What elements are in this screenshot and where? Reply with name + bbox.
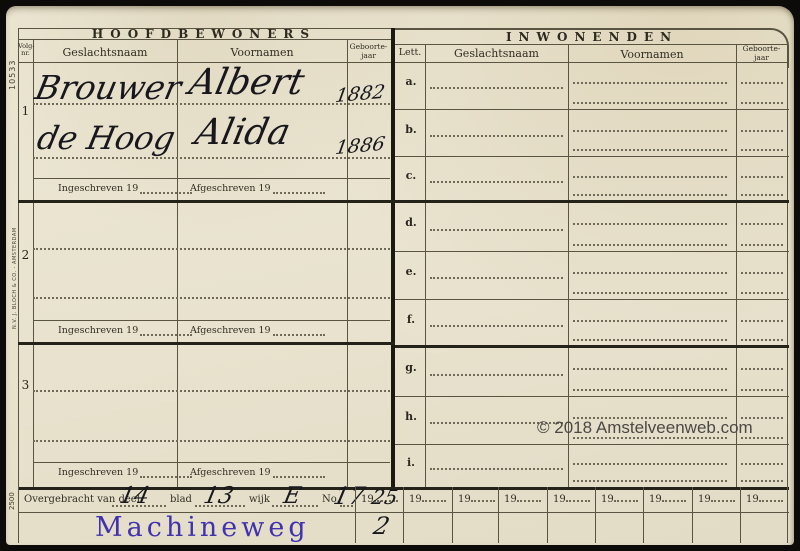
register-card: 10533 N.V. J. BLOCH & CO. - AMSTERDAM 25… bbox=[6, 6, 794, 545]
grid-hline bbox=[18, 39, 391, 40]
grid-hline bbox=[18, 28, 391, 29]
dotted-fill bbox=[273, 467, 325, 478]
section-1: 1 Brouwer Albert 1882 de Hoog Alida 1886… bbox=[18, 62, 395, 203]
surname-handwritten: de Hoog bbox=[34, 119, 179, 157]
year-cell bbox=[692, 512, 740, 543]
section-2: 2 Ingeschreven 19 Afgeschreven 19 bbox=[18, 203, 395, 345]
firstname-handwritten: Alida bbox=[192, 112, 294, 153]
afgeschreven-text: Afgeschreven 19 bbox=[190, 183, 271, 194]
ruled-dotted-line bbox=[33, 390, 390, 392]
year-cell bbox=[547, 512, 595, 543]
year-prefix: 19 bbox=[698, 494, 711, 505]
inwonenden-row-d: d. bbox=[395, 203, 789, 252]
dotted-fill bbox=[759, 492, 783, 502]
blad-handwritten: 13 bbox=[201, 483, 236, 509]
col-header-voornamen: Voornamen bbox=[177, 46, 347, 59]
year-prefix: 19 bbox=[409, 494, 422, 505]
section-3: 3 Ingeschreven 19 Afgeschreven 19 bbox=[18, 345, 395, 487]
ruled-dotted-line bbox=[741, 149, 783, 151]
year-cell bbox=[498, 512, 547, 543]
ingeschreven-text: Ingeschreven 19 bbox=[58, 183, 138, 194]
firstname-handwritten: Albert bbox=[186, 62, 308, 103]
ruled-dotted-line bbox=[430, 374, 563, 376]
year-cell: 19 bbox=[643, 487, 692, 512]
ruled-dotted-line bbox=[573, 272, 727, 274]
col-header-geboortejaar-inw: Geboorte-jaar bbox=[736, 45, 787, 62]
dotted-fill bbox=[711, 492, 735, 502]
year-prefix: 19 bbox=[746, 494, 759, 505]
year-cell bbox=[595, 512, 643, 543]
col-header-geboortejaar: Geboorte-jaar bbox=[347, 43, 390, 60]
ruled-dotted-line bbox=[573, 82, 727, 84]
street-stamp: Machineweg bbox=[95, 512, 310, 543]
col-header-geslachtsnaam: Geslachtsnaam bbox=[33, 46, 177, 59]
year-cell bbox=[740, 512, 789, 543]
photo-frame: 10533 N.V. J. BLOCH & CO. - AMSTERDAM 25… bbox=[0, 0, 800, 551]
birthyear-handwritten: 1882 bbox=[334, 81, 387, 107]
year-cell: 19 bbox=[403, 487, 452, 512]
afgeschreven-label: Afgeschreven 19 bbox=[190, 325, 325, 336]
inwonenden-row-e: e. bbox=[395, 252, 789, 300]
ruled-dotted-line bbox=[573, 389, 727, 391]
ruled-dotted-line bbox=[741, 223, 783, 225]
ruled-dotted-line bbox=[573, 244, 727, 246]
ruled-dotted-line bbox=[33, 248, 390, 250]
col-header-volgnr: Volg-nr. bbox=[18, 43, 33, 57]
ruled-dotted-line bbox=[430, 135, 563, 137]
letter-label: b. bbox=[401, 123, 421, 136]
inwonenden-row-c: c. bbox=[395, 157, 789, 203]
year-handwritten: 25 bbox=[369, 485, 400, 509]
hoofdbewoners-body: 1 Brouwer Albert 1882 de Hoog Alida 1886… bbox=[18, 62, 395, 487]
grid-hline bbox=[33, 178, 390, 179]
afgeschreven-text: Afgeschreven 19 bbox=[190, 325, 271, 336]
dotted-fill bbox=[140, 467, 192, 478]
grid-hline bbox=[33, 462, 390, 463]
inwonenden-row-f: f. bbox=[395, 300, 789, 348]
dotted-fill bbox=[273, 183, 325, 194]
letter-label: e. bbox=[401, 265, 421, 278]
blad-label: blad bbox=[170, 494, 192, 505]
dotted-fill bbox=[614, 492, 638, 502]
ruled-dotted-line bbox=[430, 468, 563, 470]
letter-label: c. bbox=[401, 169, 421, 182]
dotted-fill bbox=[140, 183, 192, 194]
margin-print-run: 2500 bbox=[8, 482, 16, 510]
ruled-dotted-line bbox=[573, 368, 727, 370]
col-header-volgnr-line2: nr. bbox=[21, 49, 30, 57]
ruled-dotted-line bbox=[573, 223, 727, 225]
year-cell: 1925 bbox=[355, 487, 403, 512]
ruled-dotted-line bbox=[573, 463, 727, 465]
year-prefix: 19 bbox=[504, 494, 517, 505]
ingeschreven-text: Ingeschreven 19 bbox=[58, 467, 138, 478]
letter-label: g. bbox=[401, 361, 421, 374]
col-header-lett: Lett. bbox=[395, 47, 425, 58]
ruled-dotted-line bbox=[573, 320, 727, 322]
volgnr-value: 1 bbox=[18, 104, 33, 118]
dotted-fill bbox=[140, 325, 192, 336]
ruled-dotted-line bbox=[573, 292, 727, 294]
ruled-dotted-line bbox=[573, 339, 727, 341]
col-header-geslachtsnaam-inw: Geslachtsnaam bbox=[425, 47, 568, 60]
year-cell: 2 bbox=[355, 512, 403, 543]
year-prefix: 19 bbox=[458, 494, 471, 505]
ruled-dotted-line bbox=[573, 480, 727, 482]
ruled-dotted-line bbox=[33, 297, 390, 299]
ruled-dotted-line bbox=[573, 102, 727, 104]
inwonenden-row-b: b. bbox=[395, 110, 789, 157]
inwonenden-row-a: a. bbox=[395, 62, 789, 110]
year-prefix: 19 bbox=[601, 494, 614, 505]
afgeschreven-label: Afgeschreven 19 bbox=[190, 467, 325, 478]
year-cell: 19 bbox=[692, 487, 740, 512]
year-cell bbox=[403, 512, 452, 543]
year-handwritten: 2 bbox=[371, 512, 392, 540]
year-cells-row2: 2 bbox=[355, 512, 789, 543]
letter-label: i. bbox=[401, 456, 421, 469]
ruled-dotted-line bbox=[573, 130, 727, 132]
ruled-dotted-line bbox=[430, 325, 563, 327]
col-header-geboortejaar-inw-line2: jaar bbox=[754, 53, 769, 62]
grid-hline bbox=[395, 44, 787, 45]
col-header-geboortejaar-line2: jaar bbox=[361, 51, 376, 60]
surname-handwritten: Brouwer bbox=[32, 68, 185, 107]
inwonenden-row-i: i. bbox=[395, 445, 789, 487]
ruled-dotted-line bbox=[33, 440, 390, 442]
year-prefix: 19 bbox=[649, 494, 662, 505]
ruled-dotted-line bbox=[741, 272, 783, 274]
inwonenden-row-g: g. bbox=[395, 348, 789, 397]
ruled-dotted-line bbox=[741, 194, 783, 196]
letter-label: f. bbox=[401, 313, 421, 326]
year-cell bbox=[452, 512, 498, 543]
ruled-dotted-line bbox=[573, 194, 727, 196]
ingeschreven-label: Ingeschreven 19 bbox=[58, 325, 192, 336]
year-cells-row: 1925 19 19 19 19 19 19 19 19 bbox=[355, 487, 789, 512]
letter-label: h. bbox=[401, 410, 421, 423]
year-cell: 19 bbox=[452, 487, 498, 512]
afgeschreven-label: Afgeschreven 19 bbox=[190, 183, 325, 194]
letter-label: d. bbox=[401, 216, 421, 229]
margin-form-number: 10533 bbox=[8, 44, 17, 90]
volgnr-value: 2 bbox=[18, 248, 33, 262]
afgeschreven-text: Afgeschreven 19 bbox=[190, 467, 271, 478]
ingeschreven-label: Ingeschreven 19 bbox=[58, 467, 192, 478]
dotted-fill bbox=[517, 492, 541, 502]
street-cell: Machineweg bbox=[18, 512, 355, 543]
year-cell: 19 bbox=[498, 487, 547, 512]
dotted-fill bbox=[471, 492, 495, 502]
birthyear-handwritten: 1886 bbox=[334, 133, 387, 159]
grid-hline bbox=[33, 320, 390, 321]
ruled-dotted-line bbox=[741, 244, 783, 246]
volgnr-value: 3 bbox=[18, 378, 33, 392]
ruled-dotted-line bbox=[741, 102, 783, 104]
ruled-dotted-line bbox=[741, 389, 783, 391]
dotted-fill bbox=[662, 492, 686, 502]
ruled-dotted-line bbox=[741, 463, 783, 465]
ruled-dotted-line bbox=[430, 181, 563, 183]
copyright-watermark: © 2018 Amstelveenweb.com bbox=[537, 418, 753, 438]
dotted-fill bbox=[422, 492, 446, 502]
ruled-dotted-line bbox=[573, 149, 727, 151]
ruled-dotted-line bbox=[430, 229, 563, 231]
ruled-dotted-line bbox=[741, 368, 783, 370]
letter-label: a. bbox=[401, 75, 421, 88]
ruled-dotted-line bbox=[741, 339, 783, 341]
ruled-dotted-line bbox=[741, 130, 783, 132]
col-header-voornamen-inw: Voornamen bbox=[568, 48, 736, 61]
ruled-dotted-line bbox=[430, 277, 563, 279]
dotted-fill bbox=[566, 492, 590, 502]
overgebracht-cell: Overgebracht van deel 14 blad 13 wijk E … bbox=[18, 487, 355, 512]
year-cell: 19 bbox=[740, 487, 789, 512]
deel-handwritten: 14 bbox=[117, 483, 152, 509]
year-prefix: 19 bbox=[553, 494, 566, 505]
ruled-dotted-line bbox=[430, 87, 563, 89]
dotted-fill bbox=[273, 325, 325, 336]
ingeschreven-text: Ingeschreven 19 bbox=[58, 325, 138, 336]
ruled-dotted-line bbox=[741, 176, 783, 178]
year-cell bbox=[643, 512, 692, 543]
wijk-label: wijk bbox=[249, 494, 270, 505]
ruled-dotted-line bbox=[741, 320, 783, 322]
year-cell: 19 bbox=[595, 487, 643, 512]
ruled-dotted-line bbox=[741, 480, 783, 482]
year-cell: 19 bbox=[547, 487, 595, 512]
ingeschreven-label: Ingeschreven 19 bbox=[58, 183, 192, 194]
ruled-dotted-line bbox=[741, 82, 783, 84]
ruled-dotted-line bbox=[573, 176, 727, 178]
ruled-dotted-line bbox=[741, 292, 783, 294]
